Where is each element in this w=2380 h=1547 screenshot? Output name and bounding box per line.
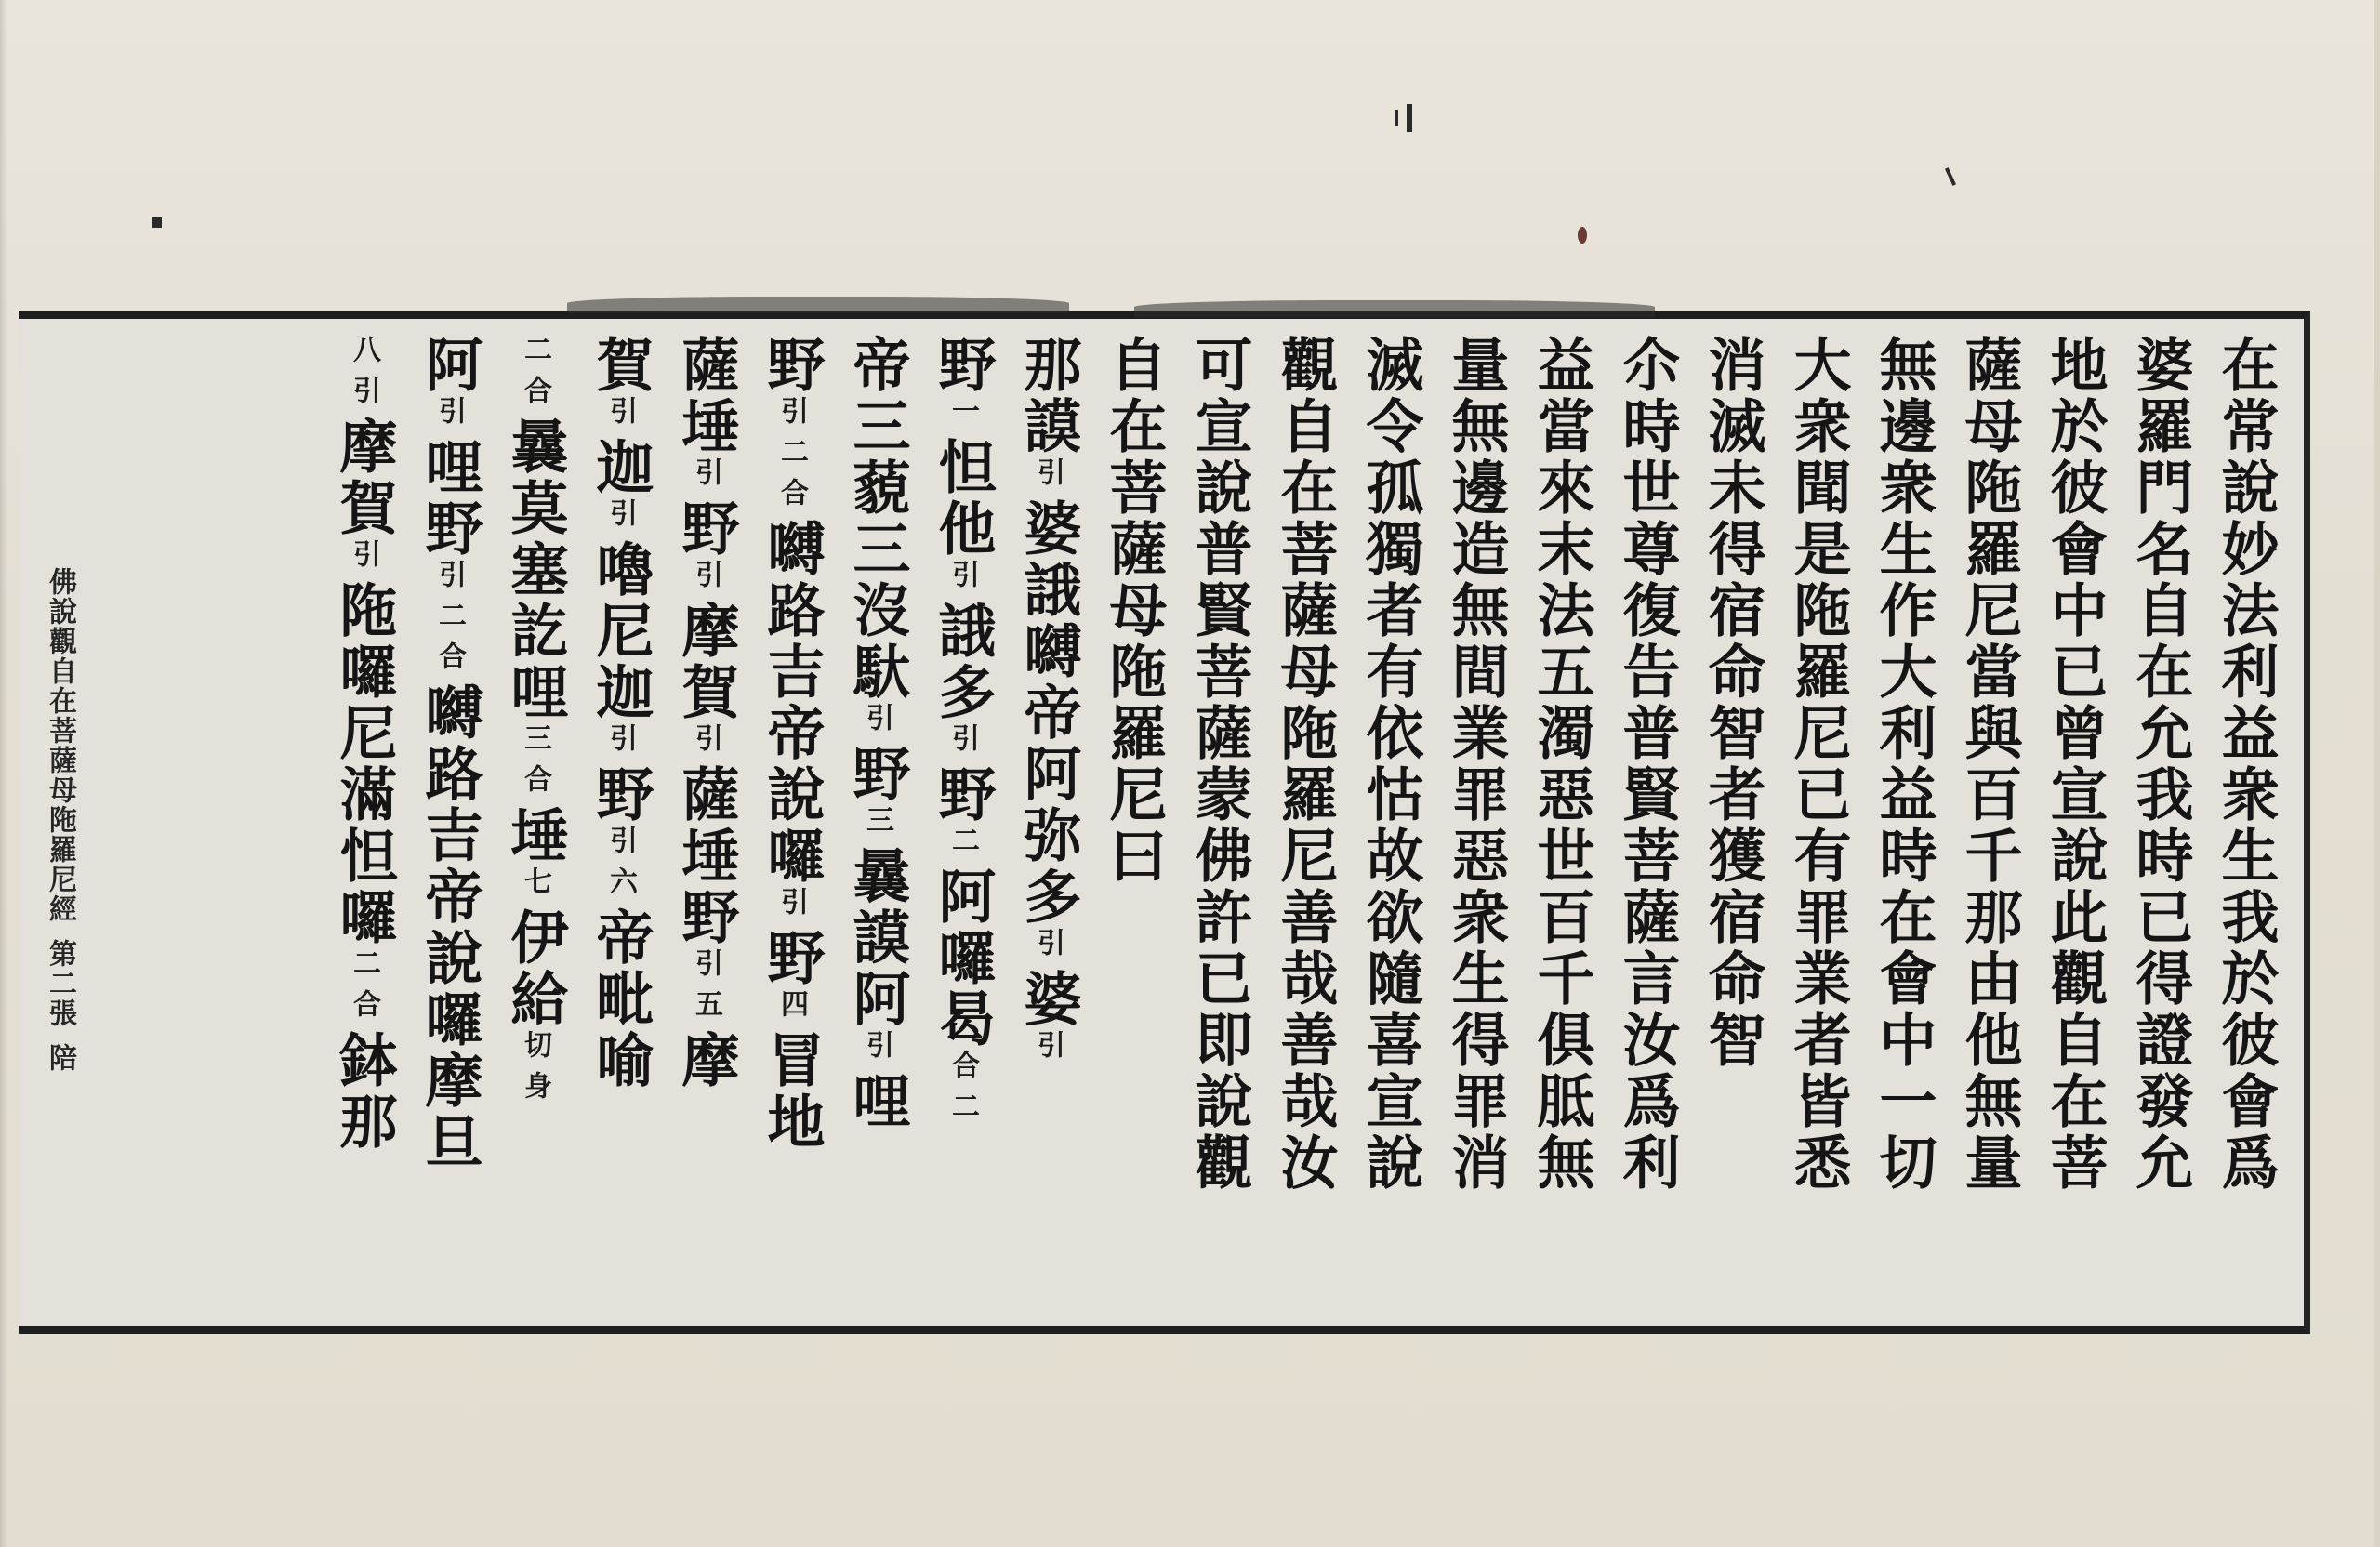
main-text: 阿: [416, 335, 483, 396]
interlinear-note: 引: [604, 498, 637, 539]
interlinear-note: 三: [861, 805, 893, 846]
interlinear-note: 引: [433, 396, 466, 437]
main-text: 自在菩薩母陁羅尼曰: [1100, 335, 1168, 887]
interlinear-note: 引: [604, 723, 637, 764]
interlinear-note: 引: [1032, 928, 1064, 969]
main-text: 摩賀: [330, 416, 398, 539]
folio-number: 第二張: [44, 939, 76, 1028]
interlinear-note: 二合: [519, 335, 551, 416]
interlinear-note: 八引: [348, 335, 380, 416]
main-text: 量無邊造無間業罪惡衆生得罪消: [1442, 335, 1510, 1194]
main-text: 帝毗喻: [587, 907, 654, 1091]
text-column: 益當來末法五濁惡世百千俱胝無: [1528, 335, 1593, 1320]
main-text: 嚩路吉帝說囉: [758, 519, 826, 887]
text-column: 薩母陁羅尼當與百千那由他無量: [1956, 335, 2021, 1320]
ink-speck: [1395, 110, 1398, 126]
text-column: 地於彼會中已曾宣說此觀自在菩: [2042, 335, 2107, 1320]
main-text: 薩埵野: [672, 764, 740, 948]
main-text: 在常說妙法利益衆生我於彼會爲: [2212, 335, 2280, 1194]
text-column: 消滅未得宿命智者獲宿命智: [1699, 335, 1765, 1320]
ink-smudge: [567, 297, 1069, 313]
text-column: 賀引迦引嚕尼迦引野引六帝毗喻: [588, 335, 653, 1320]
main-text: 大衆聞是陁羅尼已有罪業者皆悉: [1784, 335, 1852, 1194]
text-column: 無邊衆生作大利益時在會中一切: [1871, 335, 1936, 1320]
main-text: 埵: [501, 805, 569, 866]
main-text: 曩莫塞訖哩: [501, 416, 569, 723]
text-column: 那謨引婆誐嚩帝阿弥多引婆引: [1015, 335, 1080, 1320]
main-text: 哩野: [416, 437, 483, 560]
text-column: 尒時世尊復告普賢菩薩言汝爲利: [1614, 335, 1679, 1320]
text-column: 薩埵引野引摩賀引薩埵野引五摩: [673, 335, 738, 1320]
main-text: 誐多: [929, 601, 997, 723]
main-text: 怛他: [929, 437, 997, 560]
main-text: 薩母陁羅尼當與百千那由他無量: [1955, 335, 2023, 1194]
interlinear-note: 引二合: [775, 396, 808, 519]
text-column: 可宣說普賢菩薩蒙佛許已即說觀: [1186, 335, 1251, 1320]
interlinear-note: 合二: [946, 1051, 979, 1132]
main-text: 冒地: [758, 1030, 826, 1153]
main-text: 可宣說普賢菩薩蒙佛許已即說觀: [1185, 335, 1253, 1194]
text-column: 量無邊造無間業罪惡衆生得罪消: [1443, 335, 1508, 1320]
ink-speck: [152, 217, 162, 228]
main-text: 哩: [843, 1071, 911, 1132]
main-text: 鉢那: [330, 1030, 398, 1153]
main-text: 野: [929, 335, 997, 396]
main-text: 阿囉曷: [929, 866, 997, 1051]
main-text: 嚩路吉帝說囉摩旦: [416, 682, 483, 1173]
interlinear-note: 引二合: [433, 560, 466, 682]
folio-mark: 陪: [44, 1043, 76, 1073]
page-edge: [2374, 0, 2380, 1547]
main-text: 婆: [1014, 969, 1082, 1030]
main-text: 賀: [587, 335, 654, 396]
main-text: 野: [929, 764, 997, 826]
main-text: 婆誐嚩帝阿弥多: [1014, 498, 1082, 928]
interlinear-note: 引: [690, 457, 722, 498]
sutra-title: 佛說觀自在菩薩母陁羅尼經: [44, 567, 76, 924]
text-column: 大衆聞是陁羅尼已有罪業者皆悉: [1785, 335, 1850, 1320]
text-column: 帝三藐三沒馱引野三曩謨阿引哩: [844, 335, 909, 1320]
text-columns: 在常說妙法利益衆生我於彼會爲婆羅門名自在允我時已得證發允地於彼會中已曾宣說此觀自…: [311, 335, 2278, 1320]
ink-speck: [1407, 104, 1412, 132]
interlinear-note: 引: [690, 560, 722, 601]
text-column: 滅令孤獨者有依怙故欲隨喜宣說: [1357, 335, 1422, 1320]
interlinear-note: 二合: [348, 948, 380, 1030]
main-text: 帝三藐三沒馱: [843, 335, 911, 703]
main-text: 迦: [587, 437, 654, 498]
main-text: 摩賀: [672, 601, 740, 723]
margin-title: 佛說觀自在菩薩母陁羅尼經第二張陪: [39, 567, 80, 1073]
main-text: 地於彼會中已曾宣說此觀自在菩: [2041, 335, 2109, 1194]
interlinear-note: 引: [861, 703, 893, 744]
main-text: 野: [758, 335, 826, 396]
interlinear-note: 切身: [519, 1030, 551, 1112]
main-text: 婆羅門名自在允我時已得證發允: [2126, 335, 2194, 1194]
main-text: 那謨: [1014, 335, 1082, 457]
interlinear-note: 引: [1032, 1030, 1064, 1071]
text-column: 自在菩薩母陁羅尼曰: [1101, 335, 1166, 1320]
main-text: 摩: [672, 1030, 740, 1091]
interlinear-note: 引: [861, 1030, 893, 1071]
text-column: 八引摩賀引陁囉尼滿怛囉二合鉢那: [331, 335, 396, 1320]
main-text: 滅令孤獨者有依怙故欲隨喜宣說: [1356, 335, 1424, 1194]
interlinear-note: 引: [775, 887, 808, 928]
interlinear-note: 三合: [519, 723, 551, 805]
text-column: 阿引哩野引二合嚩路吉帝說囉摩旦: [416, 335, 482, 1320]
interlinear-note: 引: [604, 396, 637, 437]
text-column: 觀自在菩薩母陁羅尼善哉善哉汝: [1272, 335, 1337, 1320]
interlinear-note: 引: [946, 560, 979, 601]
main-text: 尒時世尊復告普賢菩薩言汝爲利: [1613, 335, 1681, 1194]
main-text: 消滅未得宿命智者獲宿命智: [1699, 335, 1766, 1071]
interlinear-note: 引五: [690, 948, 722, 1030]
main-text: 觀自在菩薩母陁羅尼善哉善哉汝: [1271, 335, 1339, 1194]
interlinear-note: 四: [775, 989, 808, 1030]
interlinear-note: 一: [946, 396, 979, 437]
interlinear-note: 引: [690, 723, 722, 764]
interlinear-note: 二: [946, 826, 979, 866]
main-text: 伊給: [501, 907, 569, 1030]
main-text: 無邊衆生作大利益時在會中一切: [1870, 335, 1937, 1194]
text-column: 婆羅門名自在允我時已得證發允: [2127, 335, 2192, 1320]
ink-speck: [1578, 227, 1587, 244]
main-text: 陁囉尼滿怛囉: [330, 580, 398, 948]
interlinear-note: 引: [1032, 457, 1064, 498]
text-column: 二合曩莫塞訖哩三合埵七伊給切身: [502, 335, 567, 1320]
main-text: 野: [587, 764, 654, 826]
main-text: 野: [672, 498, 740, 560]
text-column: 野一怛他引誐多引野二阿囉曷合二: [930, 335, 995, 1320]
main-text: 薩埵: [672, 335, 740, 457]
main-text: 嚕尼迦: [587, 539, 654, 723]
interlinear-note: 引: [348, 539, 380, 580]
main-text: 野: [843, 744, 911, 805]
text-column: 野引二合嚩路吉帝說囉引野四冒地: [759, 335, 824, 1320]
main-text: 益當來末法五濁惡世百千俱胝無: [1527, 335, 1595, 1194]
main-text: 野: [758, 928, 826, 989]
interlinear-note: 引: [946, 723, 979, 764]
interlinear-note: 七: [519, 866, 551, 907]
text-column: 在常說妙法利益衆生我於彼會爲: [2213, 335, 2278, 1320]
ink-smudge: [1134, 300, 1655, 317]
main-text: 曩謨阿: [843, 846, 911, 1030]
interlinear-note: 引六: [604, 826, 637, 907]
